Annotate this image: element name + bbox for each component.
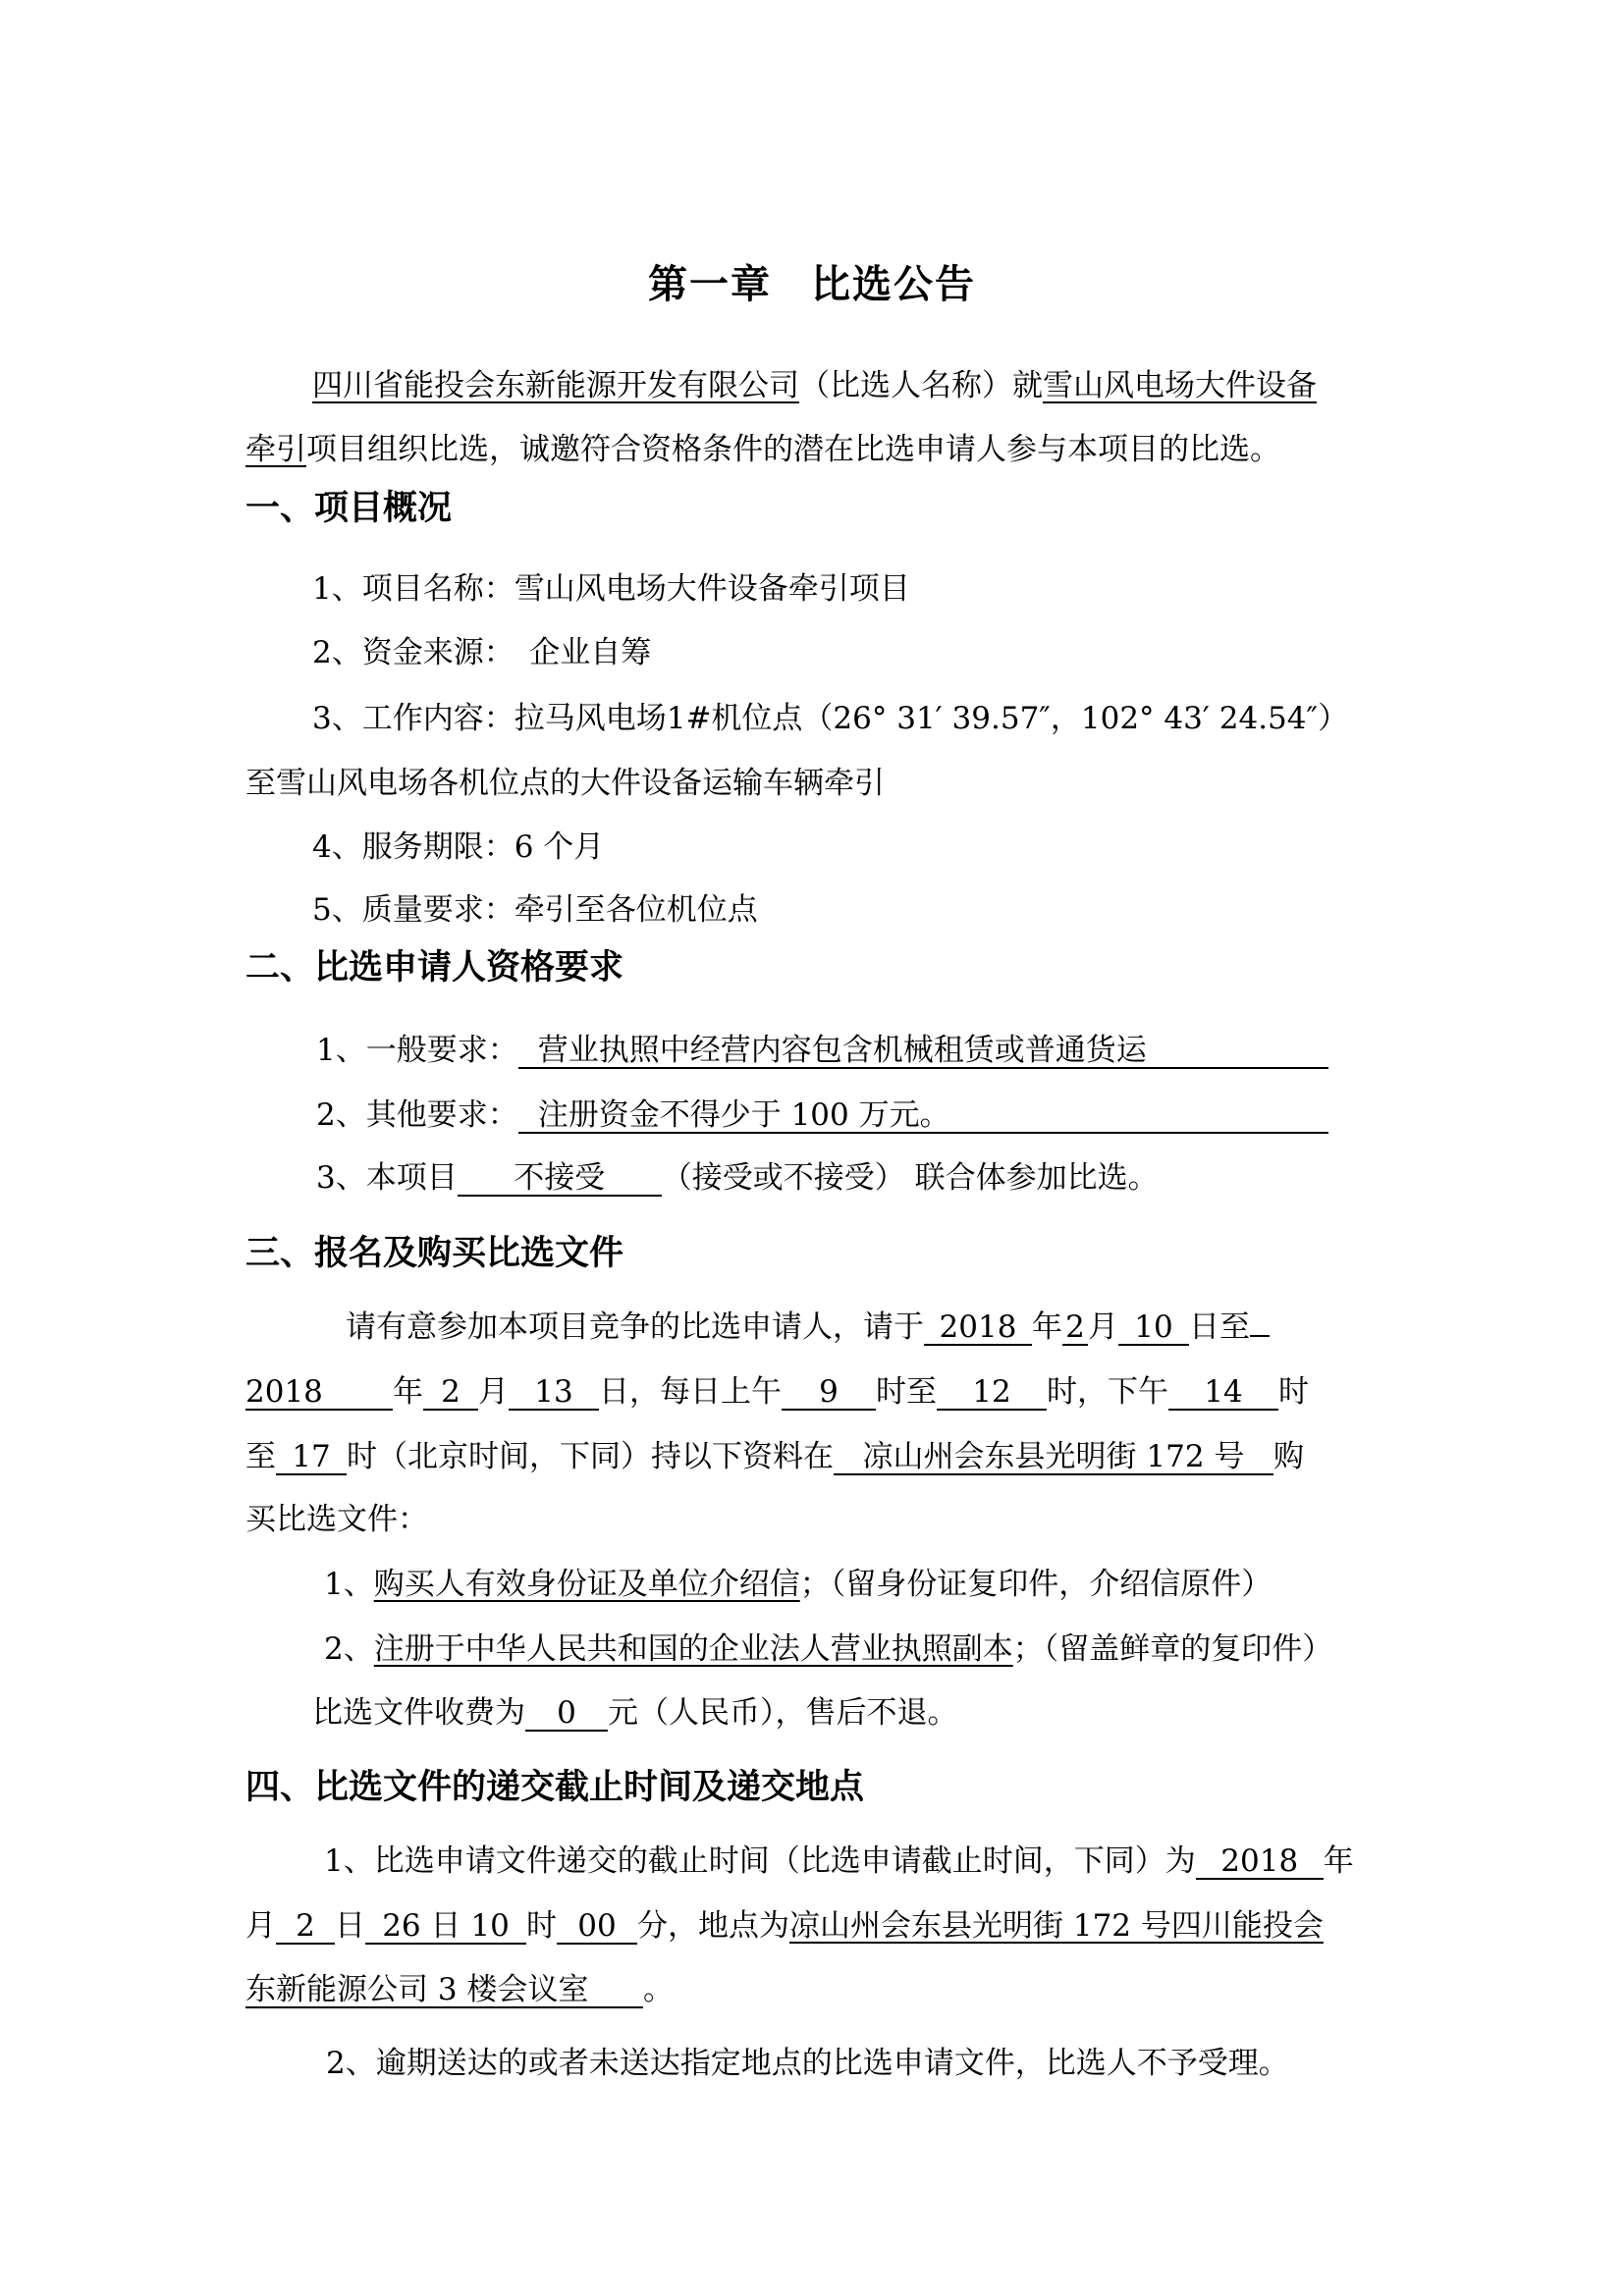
overview-item-scope-cont: 至雪山风电场各机位点的大件设备运输车辆牵引 [245, 764, 885, 803]
unit: 时，下午 [1047, 1374, 1168, 1410]
qual-general: 1、一般要求：营业执照中经营内容包含机械租赁或普通货运 [316, 1031, 1328, 1070]
qual-general-value: 营业执照中经营内容包含机械租赁或普通货运 [518, 1034, 1328, 1069]
overview-item-name: 1、项目名称：雪山风电场大件设备牵引项目 [312, 569, 910, 609]
deadline-minute: 00 [557, 1909, 637, 1945]
comparer-name: 四川省能投会东新能源开发有限公司 [312, 368, 799, 403]
chapter-name: 比选公告 [811, 262, 976, 307]
qual-consortium: 3、本项目不接受（接受或不接受） 联合体参加比选。 [316, 1158, 1159, 1198]
doc2-label: 2、 [324, 1631, 374, 1667]
am-end-hour: 12 [937, 1375, 1047, 1411]
intro-rest: 项目组织比选，诚邀符合资格条件的潜在比选申请人参与本项目的比选。 [306, 432, 1280, 467]
sub-line-1: 1、比选申请文件递交的截止时间（比选申请截止时间，下同）为2018年 [324, 1842, 1354, 1881]
submission-place-part2: 东新能源公司 3 楼会议室 [245, 1973, 643, 2008]
qual-other: 2、其他要求：注册资金不得少于 100 万元。 [316, 1095, 1328, 1135]
doc1-label: 1、 [324, 1567, 374, 1602]
overview-item-quality: 5、质量要求：牵引至各位机位点 [312, 890, 758, 930]
section-heading-registration: 三、报名及购买比选文件 [245, 1232, 623, 1275]
unit: 时至 [876, 1374, 937, 1410]
doc2-value: 注册于中华人民共和国的企业法人营业执照副本 [374, 1631, 1013, 1667]
reg-line-3: 至17时（北京时间，下同）持以下资料在凉山州会东县光明街 172 号购 [245, 1437, 1304, 1476]
consortium-prefix: 3、本项目 [316, 1160, 458, 1196]
pm-end-hour: 17 [276, 1440, 347, 1475]
reg-doc-1: 1、购买人有效身份证及单位介绍信；（留身份证复印件，介绍信原件） [324, 1565, 1272, 1604]
intro-line-2: 牵引项目组织比选，诚邀符合资格条件的潜在比选申请人参与本项目的比选。 [245, 430, 1280, 469]
section-heading-overview: 一、项目概况 [245, 487, 452, 530]
chapter-number: 第一章 [648, 262, 772, 307]
reg-line-2: 2018年2月13日，每日上午9时至12时，下午14时 [245, 1372, 1309, 1412]
reg-fee: 比选文件收费为0元（人民币），售后不退。 [312, 1693, 958, 1733]
reg-end-text: 购 [1273, 1439, 1304, 1474]
unit: 分，地点为 [637, 1908, 789, 1944]
unit: 日 [335, 1908, 365, 1944]
deadline-day-hour: 26 日 10 [365, 1909, 526, 1945]
overview-item-scope: 3、工作内容：拉马风电场1#机位点（26° 31′ 39.57″，102° 43… [312, 699, 1348, 738]
overview-item-period: 4、服务期限：6 个月 [312, 828, 604, 867]
deadline-month: 2 [276, 1909, 335, 1945]
unit: 日至 [1189, 1309, 1250, 1345]
unit: 日，每日上午 [599, 1374, 782, 1410]
chapter-title: 第一章比选公告 [0, 253, 1624, 309]
sub-line-late: 2、逾期送达的或者未送达指定地点的比选申请文件，比选人不予受理。 [326, 2044, 1289, 2083]
unit: 月 [478, 1374, 509, 1410]
fee-suffix: 元（人民币），售后不退。 [608, 1695, 958, 1731]
sub-line-3: 东新能源公司 3 楼会议室。 [245, 1970, 674, 2009]
reg-end-month: 2 [423, 1375, 478, 1411]
qual-other-value: 注册资金不得少于 100 万元。 [518, 1098, 1328, 1134]
reg-mid-text: 时（北京时间，下同）持以下资料在 [347, 1439, 834, 1474]
reg-end-year: 2018 [245, 1375, 393, 1411]
pm-start-hour: 14 [1168, 1375, 1278, 1411]
fee-prefix: 比选文件收费为 [312, 1695, 525, 1731]
unit: 年 [1324, 1843, 1354, 1879]
unit: 至 [245, 1439, 276, 1474]
doc2-note: ；（留盖鲜章的复印件） [1013, 1631, 1333, 1667]
unit: 月 [1088, 1309, 1118, 1345]
qual-general-label: 1、一般要求： [316, 1033, 518, 1068]
reg-start-year: 2018 [924, 1310, 1032, 1346]
qual-other-label: 2、其他要求： [316, 1097, 518, 1133]
project-name-part2: 牵引 [245, 432, 306, 467]
reg-address: 凉山州会东县光明街 172 号 [834, 1440, 1273, 1475]
overview-item-funding: 2、资金来源： 企业自筹 [312, 633, 651, 672]
sub-line-2: 月2日26 日 10时00分，地点为凉山州会东县光明街 172 号四川能投会 [245, 1906, 1324, 1946]
unit: 年 [1032, 1309, 1062, 1345]
unit: 时 [1278, 1374, 1309, 1410]
sub-intro: 1、比选申请文件递交的截止时间（比选申请截止时间，下同）为 [324, 1843, 1196, 1879]
fee-value: 0 [525, 1696, 608, 1732]
reg-start-month: 2 [1062, 1310, 1088, 1346]
project-name-part1: 雪山风电场大件设备 [1043, 368, 1317, 403]
reg-line-4: 买比选文件： [245, 1500, 428, 1539]
unit: 时 [526, 1908, 557, 1944]
reg-start-day: 10 [1118, 1310, 1189, 1346]
reg-intro: 请有意参加本项目竞争的比选申请人，请于 [346, 1309, 924, 1345]
reg-end-day: 13 [509, 1375, 599, 1411]
consortium-suffix: （接受或不接受） 联合体参加比选。 [662, 1160, 1159, 1196]
section-heading-qualification: 二、比选申请人资格要求 [245, 946, 623, 989]
reg-doc-2: 2、注册于中华人民共和国的企业法人营业执照副本；（留盖鲜章的复印件） [324, 1629, 1332, 1669]
reg-line-1: 请有意参加本项目竞争的比选申请人，请于2018年2月10日至 [346, 1308, 1270, 1347]
period: 。 [643, 1972, 674, 2007]
intro-line-1: 四川省能投会东新能源开发有限公司（比选人名称）就雪山风电场大件设备 [312, 366, 1317, 405]
doc1-value: 购买人有效身份证及单位介绍信 [374, 1567, 800, 1602]
unit: 年 [393, 1374, 423, 1410]
doc1-note: ；（留身份证复印件，介绍信原件） [800, 1567, 1272, 1602]
am-start-hour: 9 [782, 1375, 876, 1411]
section-heading-submission: 四、比选文件的递交截止时间及递交地点 [245, 1766, 864, 1809]
comparer-note: （比选人名称）就 [799, 368, 1043, 403]
blank-spacer [1250, 1335, 1270, 1337]
submission-place-part1: 凉山州会东县光明街 172 号四川能投会 [789, 1908, 1324, 1944]
unit: 月 [245, 1908, 276, 1944]
deadline-year: 2018 [1196, 1844, 1324, 1880]
consortium-value: 不接受 [458, 1161, 662, 1197]
